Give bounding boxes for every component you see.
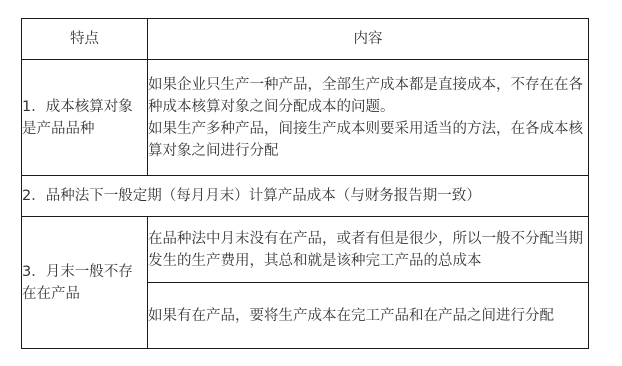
content-cell: 如果有在产品，要将生产成本在完工产品和在产品之间进行分配 [148,283,589,349]
header-row: 特点 内容 [22,19,589,60]
content-paragraph: 如果企业只生产一种产品，全部生产成本都是直接成本，不存在在各种成本核算对象之间分… [148,74,588,118]
content-cell: 在品种法中月末没有在产品，或者有但是很少，所以一般不分配当期发生的生产费用，其总… [148,217,589,283]
feature-cell: 1．成本核算对象是产品品种 [22,60,148,176]
header-content: 内容 [148,19,589,60]
table-row: 3．月末一般不存在在产品 在品种法中月末没有在产品，或者有但是很少，所以一般不分… [22,217,589,283]
header-feature: 特点 [22,19,148,60]
table-row: 1．成本核算对象是产品品种 如果企业只生产一种产品，全部生产成本都是直接成本，不… [22,60,589,176]
content-cell: 如果企业只生产一种产品，全部生产成本都是直接成本，不存在在各种成本核算对象之间分… [148,60,589,176]
merged-cell: 2．品种法下一般定期（每月月末）计算产品成本（与财务报告期一致） [22,176,589,217]
feature-cell: 3．月末一般不存在在产品 [22,217,148,349]
table-row: 2．品种法下一般定期（每月月末）计算产品成本（与财务报告期一致） [22,176,589,217]
product-costing-table: 特点 内容 1．成本核算对象是产品品种 如果企业只生产一种产品，全部生产成本都是… [21,18,589,349]
content-paragraph: 如果生产多种产品，间接生产成本则要采用适当的方法，在各成本核算对象之间进行分配 [148,118,588,162]
